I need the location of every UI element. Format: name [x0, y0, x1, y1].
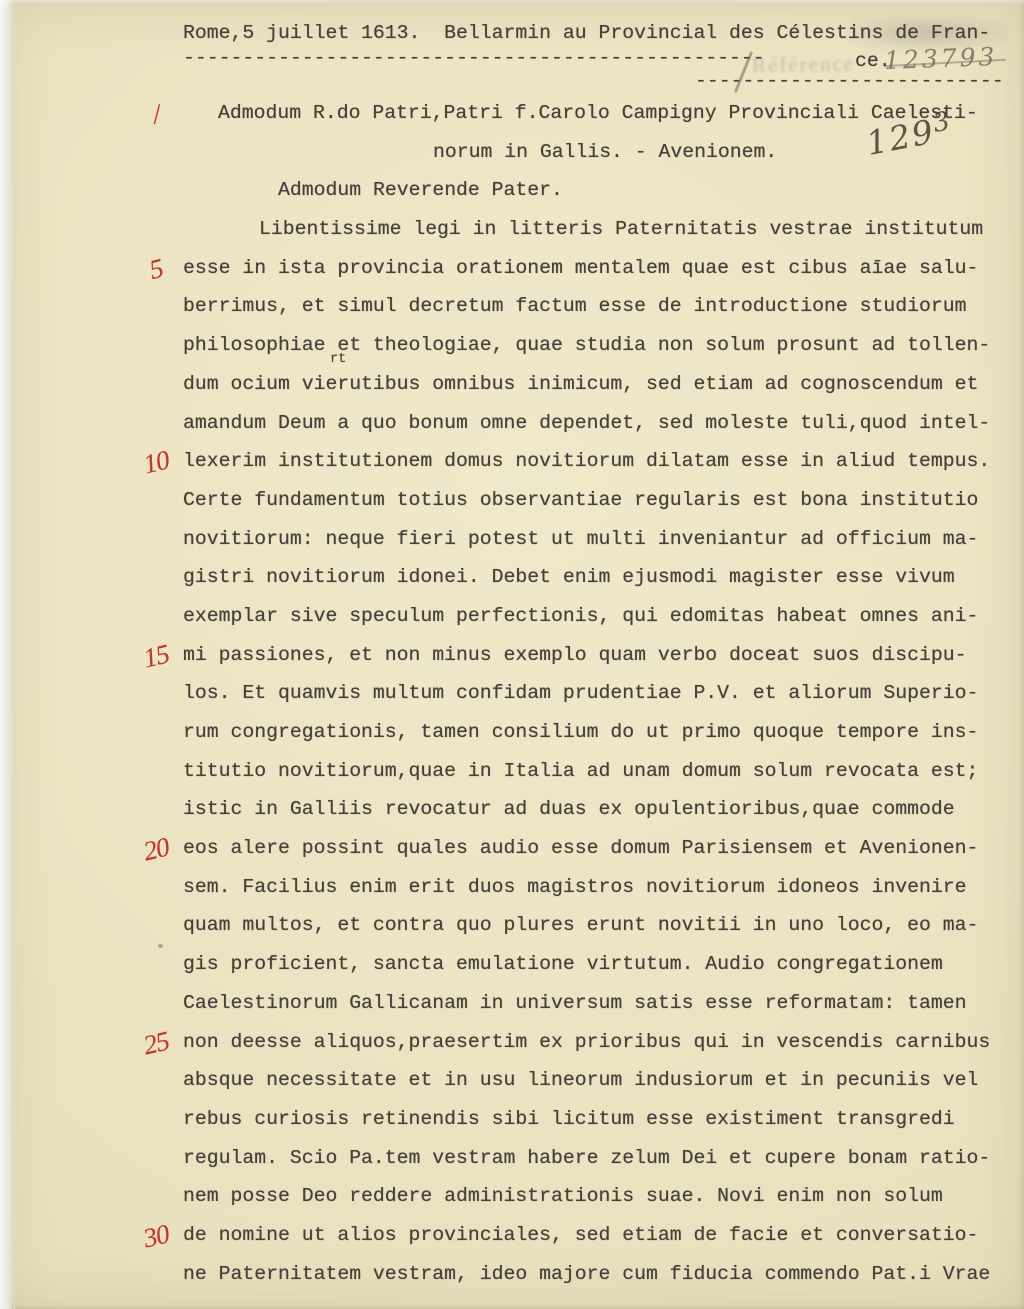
margin-line-number [134, 1173, 179, 1183]
letter-caption: Rome,5 juillet 1613. Bellarmin au Provin… [183, 22, 990, 44]
text-line: /Admodum R.do Patri,Patri f.Carolo Campi… [183, 94, 1021, 133]
text-line: exemplar sive speculum perfectionis, qui… [183, 597, 1021, 636]
margin-line-number [134, 786, 179, 796]
text-line: 5esse in ista provincia orationem mental… [183, 249, 1021, 288]
text-line: titutio novitiorum,quae in Italia ad una… [183, 752, 1021, 791]
margin-line-number [134, 1096, 179, 1106]
text-line: 20eos alere possint quales audio esse do… [183, 829, 1021, 868]
text-line: 25non deesse aliquos,praesertim ex prior… [183, 1023, 1021, 1062]
text-line: los. Et quamvis multum confidam prudenti… [183, 674, 1021, 713]
margin-line-number [134, 980, 179, 990]
scan-edge-top [0, 0, 1024, 5]
margin-line-number [134, 593, 179, 603]
margin-line-number: 20 [129, 825, 182, 872]
text-line: Caelestinorum Gallicanam in universum sa… [183, 984, 1021, 1023]
text-line: 15mi passiones, et non minus exemplo qua… [183, 636, 1021, 675]
margin-line-number [134, 322, 179, 332]
text-line: berrimus, et simul decretum factum esse … [183, 287, 1021, 326]
margin-line-number: 30 [129, 1212, 182, 1259]
text-line: sem. Facilius enim erit duos magistros n… [183, 868, 1021, 907]
text-line: norum in Gallis. - Avenionem. [183, 133, 1021, 172]
margin-line-number [134, 554, 179, 564]
margin-line-number: 5 [129, 245, 182, 292]
margin-line-number [134, 399, 179, 409]
text-line: gistri novitiorum idonei. Debet enim eju… [183, 558, 1021, 597]
margin-line-number [134, 748, 179, 758]
letter-body: /Admodum R.do Patri,Patri f.Carolo Campi… [183, 94, 1021, 1293]
margin-line-number: 15 [129, 632, 182, 679]
scanned-letter-page: Rome,5 juillet 1613. Bellarmin au Provin… [0, 0, 1024, 1309]
scan-edge [0, 0, 15, 1309]
margin-line-number [134, 902, 179, 912]
text-line: gis proficient, sancta emulatione virtut… [183, 945, 1021, 984]
margin-line-number [134, 709, 179, 719]
text-line: Libentissime legi in litteris Paternitat… [183, 210, 1021, 249]
typed-correction: rt [330, 353, 346, 367]
text-line: 30de nomine ut alios provinciales, sed e… [183, 1216, 1021, 1255]
margin-line-number [134, 206, 179, 216]
text-line: novitiorum: neque fieri potest ut multi … [183, 520, 1021, 559]
margin-line-number: 25 [129, 1019, 182, 1066]
margin-line-number [134, 515, 179, 525]
margin-line-number: / [129, 90, 182, 137]
text-line: regulam. Scio Pa.tem vestram habere zelu… [183, 1139, 1021, 1178]
margin-line-number [134, 361, 179, 371]
text-line: rebus curiosis retinendis sibi licitum e… [183, 1100, 1021, 1139]
text-line: 10lexerim institutionem domus novitiorum… [183, 442, 1021, 481]
text-line: philosophiae et theologiae, quae studia … [183, 326, 1021, 365]
text-line: Admodum Reverende Pater. [183, 171, 1021, 210]
margin-line-number [134, 1134, 179, 1144]
margin-line-number [134, 941, 179, 951]
text-line: amandum Deum a quo bonum omne dependet, … [183, 404, 1021, 443]
margin-line-number: 10 [129, 439, 182, 486]
margin-line-number [134, 167, 179, 177]
text-line: absque necessitate et in usu lineorum in… [183, 1061, 1021, 1100]
text-line: nem posse Deo reddere administrationis s… [183, 1177, 1021, 1216]
text-line: ne Paternitatem vestram, ideo majore cum… [183, 1255, 1021, 1294]
text-line: istic in Galliis revocatur ad duas ex op… [183, 790, 1021, 829]
caption-dash-line: ----------------------------------------… [183, 47, 765, 69]
text-line: quam multos, et contra quo plures erunt … [183, 906, 1021, 945]
paper-speck [158, 944, 163, 948]
text-line: rum congregationis, tamen consilium do u… [183, 713, 1021, 752]
text-line: Certe fundamentum totius observantiae re… [183, 481, 1021, 520]
text-line: dum ocium vierutibus omnibus inimicum, s… [183, 365, 1021, 404]
